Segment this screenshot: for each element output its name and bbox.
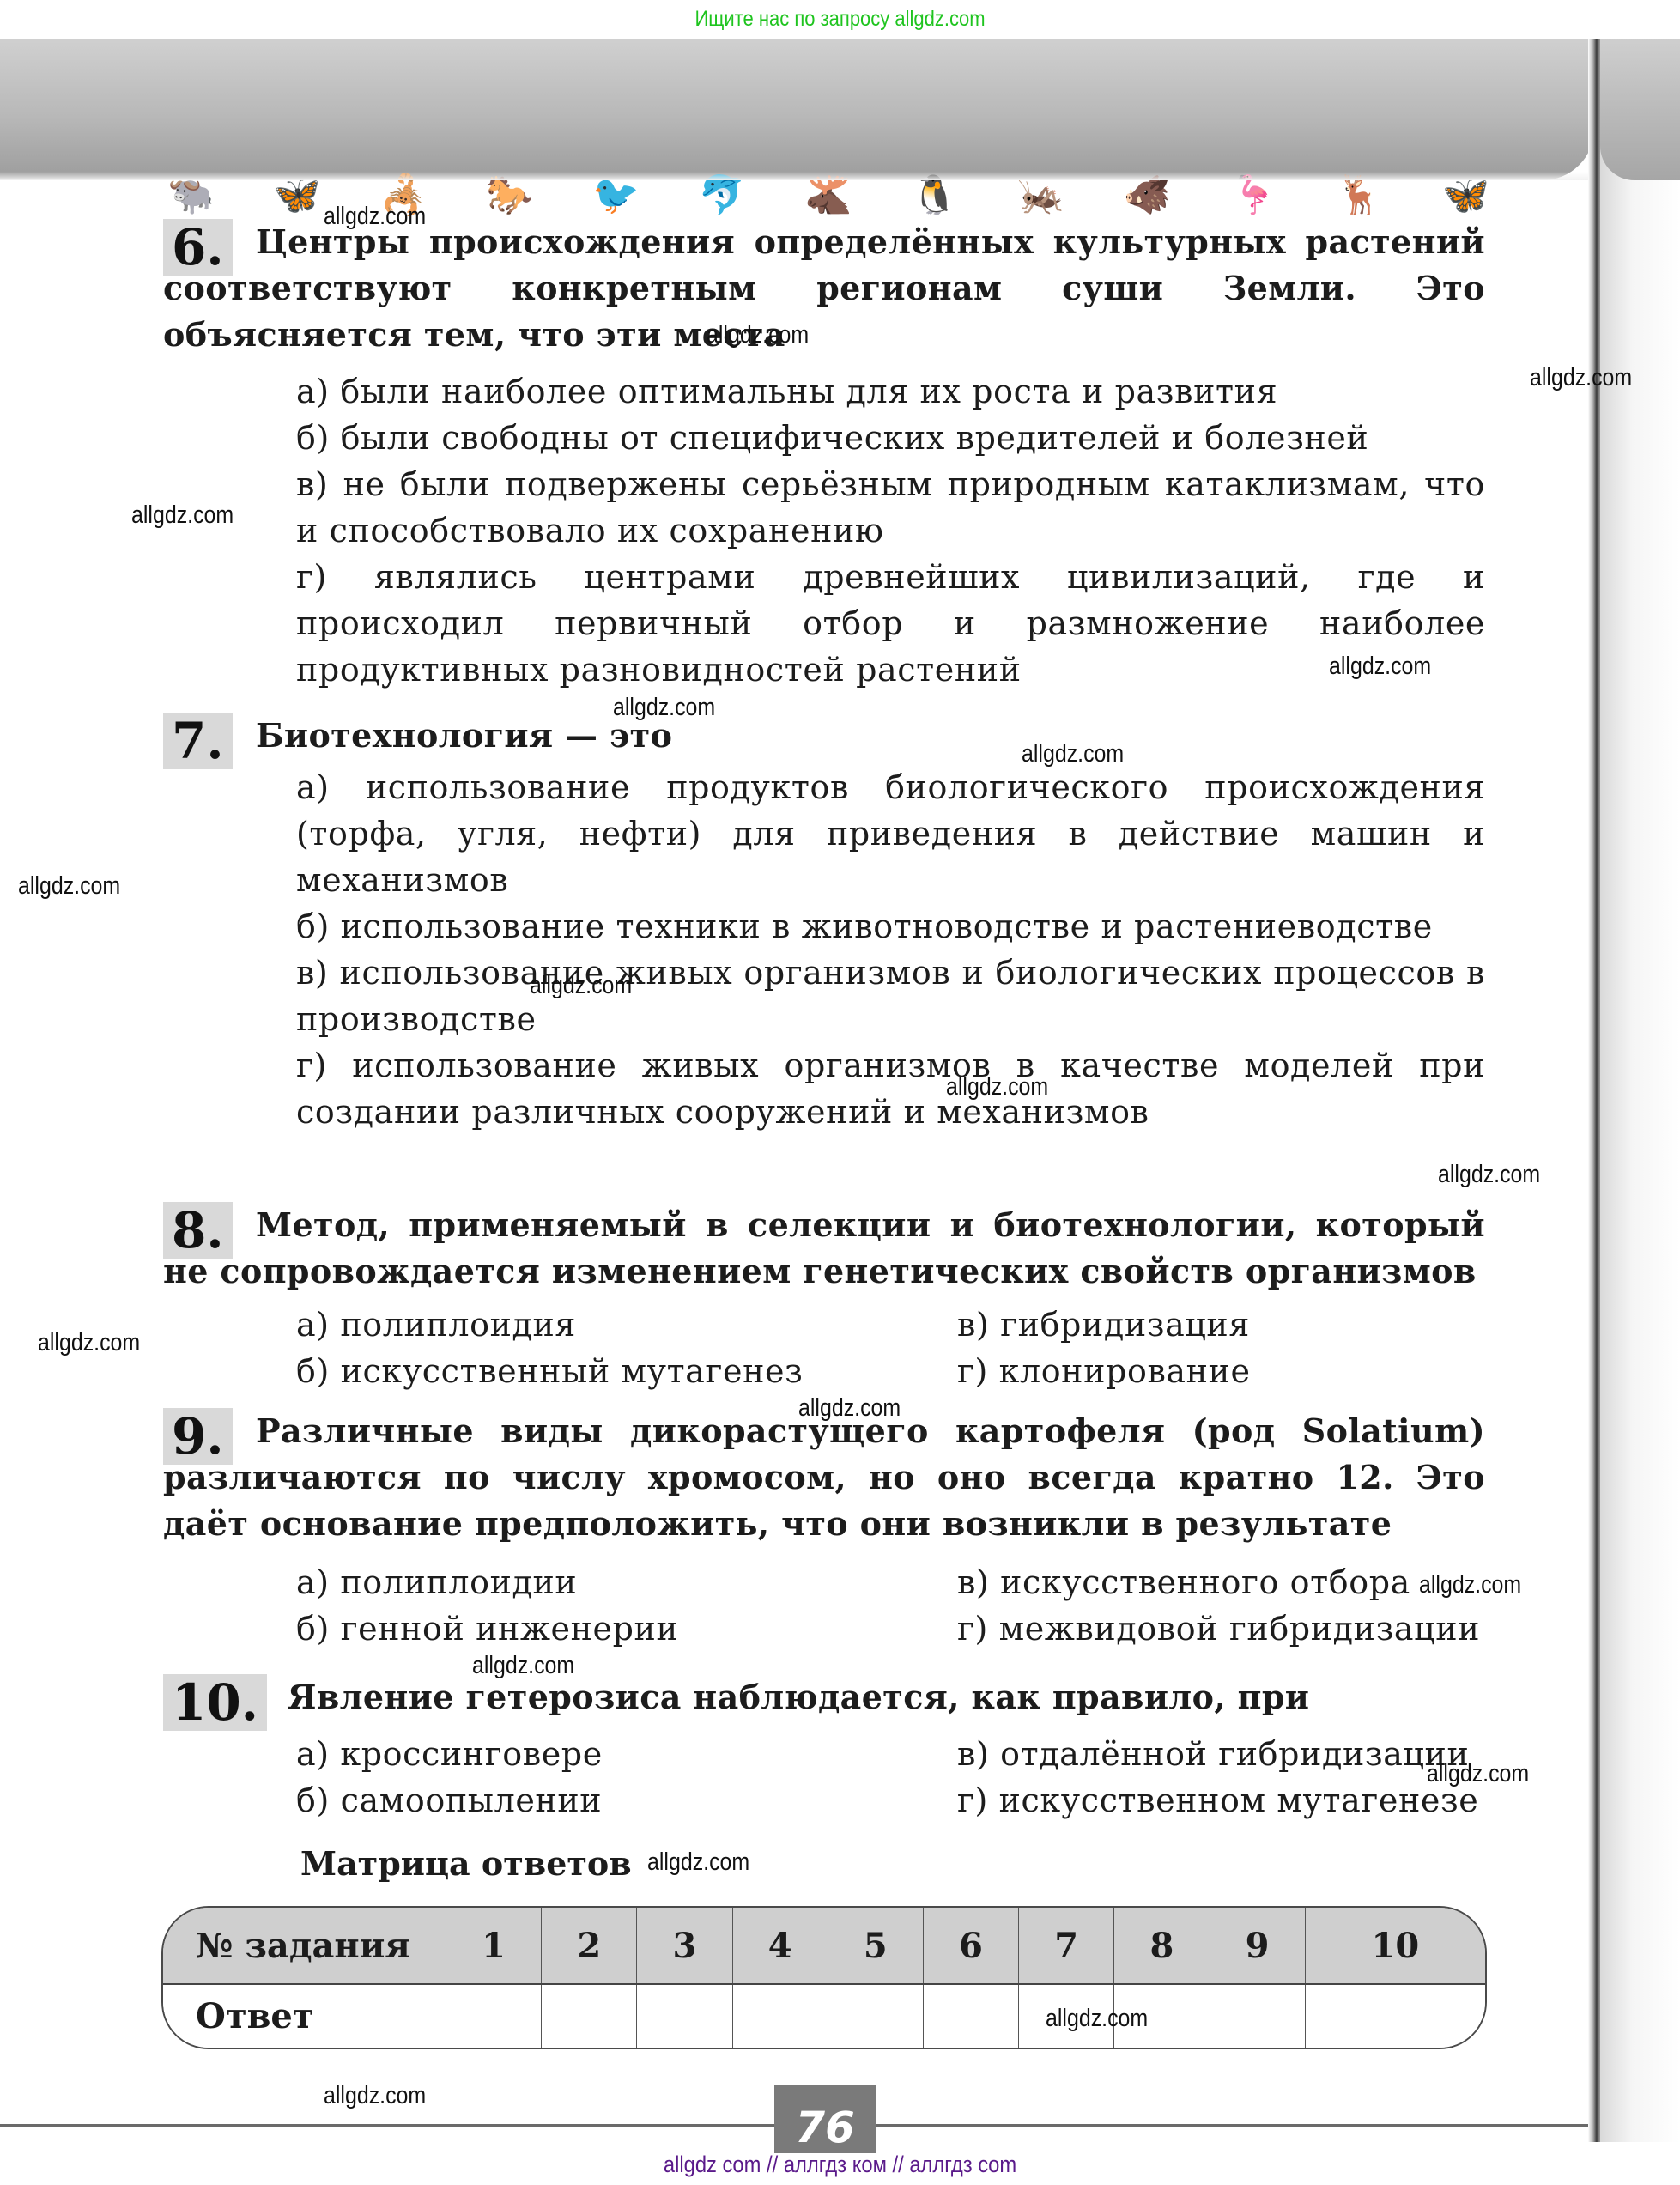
option-a[interactable]: а) использование продуктов биологическог… [296, 764, 1485, 903]
matrix-col-1: 1 [446, 1908, 542, 1984]
answer-matrix: № задания 1 2 3 4 5 6 7 8 9 10 Ответ [161, 1906, 1487, 2049]
watermark: allgdz.com [1329, 652, 1431, 681]
option-a[interactable]: а) кроссинговере [296, 1731, 957, 1777]
answer-matrix-title: Матрица ответов [300, 1844, 632, 1883]
answer-cell-5[interactable] [828, 1984, 923, 2048]
option-g[interactable]: г) являлись центрами древнейших цивилиза… [296, 554, 1485, 693]
answer-cell-3[interactable] [637, 1984, 732, 2048]
question-number: 9. [163, 1408, 233, 1465]
question-number: 6. [163, 219, 233, 276]
option-v[interactable]: в) искусственного отбора [957, 1559, 1485, 1605]
matrix-answer-row: Ответ [163, 1984, 1485, 2048]
question-number: 10. [163, 1674, 267, 1731]
next-page-edge [1600, 39, 1680, 2142]
watermark: allgdz.com [1046, 2005, 1148, 2033]
answer-cell-1[interactable] [446, 1984, 542, 2048]
option-v[interactable]: в) гибридизация [957, 1302, 1485, 1348]
option-v[interactable]: в) отдалённой гибридизации [957, 1731, 1485, 1777]
question-9: 9. Различные виды дикорастущего картофел… [163, 1408, 1485, 1652]
answer-cell-6[interactable] [923, 1984, 1018, 2048]
matrix-col-5: 5 [828, 1908, 923, 1984]
matrix-col-4: 4 [732, 1908, 828, 1984]
watermark: allgdz.com [1438, 1161, 1540, 1189]
boar-icon: 🐗 [1124, 174, 1171, 217]
watermark: allgdz.com [1427, 1760, 1529, 1788]
penguin-icon: 🐧 [911, 174, 958, 217]
deer-icon: 🦌 [1336, 174, 1383, 217]
header-band: 🐃 🦋 🦂 🐎 🐦 🐬 🫎 🐧 🦗 🐗 🦩 🦌 🦋 [0, 39, 1594, 180]
matrix-col-9: 9 [1210, 1908, 1305, 1984]
option-v[interactable]: в) не были подвержены серьёзным природны… [296, 461, 1485, 554]
watermark: allgdz.com [1419, 1571, 1521, 1599]
watermark: allgdz.com [613, 694, 715, 722]
matrix-col-8: 8 [1114, 1908, 1210, 1984]
watermark: allgdz.com [472, 1652, 574, 1680]
matrix-col-2: 2 [542, 1908, 637, 1984]
question-text: Различные виды дикорастущего картофеля (… [163, 1408, 1485, 1547]
option-g[interactable]: г) клонирование [957, 1348, 1485, 1394]
option-a[interactable]: а) полиплоидии [296, 1559, 957, 1605]
watermark: allgdz.com [1022, 740, 1124, 768]
moose-icon: 🫎 [805, 174, 852, 217]
options: а) кроссинговере в) отдалённой гибридиза… [163, 1731, 1485, 1824]
option-a[interactable]: а) полиплоидия [296, 1302, 957, 1348]
watermark: allgdz.com [530, 972, 632, 1000]
question-8: 8. Метод, применяемый в селекции и биоте… [163, 1202, 1485, 1394]
option-g[interactable]: г) использование живых организмов в каче… [296, 1042, 1485, 1135]
matrix-col-7: 7 [1019, 1908, 1114, 1984]
watermark: allgdz.com [131, 501, 234, 530]
bird-icon: 🐦 [592, 174, 640, 217]
butterfly-icon: 🦋 [274, 174, 321, 217]
matrix-answer-label: Ответ [163, 1984, 446, 2048]
options: а) полиплоидии в) искусственного отбора … [163, 1559, 1485, 1652]
ostrich-icon: 🦩 [1230, 174, 1277, 217]
page-number: 76 [774, 2085, 876, 2153]
matrix-header-label: № задания [163, 1908, 446, 1984]
option-b[interactable]: б) самоопылении [296, 1777, 957, 1824]
horse-icon: 🐎 [486, 174, 533, 217]
answer-cell-9[interactable] [1210, 1984, 1305, 2048]
question-10: 10. Явление гетерозиса наблюдается, как … [163, 1674, 1485, 1824]
watermark: allgdz.com [38, 1329, 140, 1357]
question-text: Биотехнология — это [163, 713, 1485, 759]
top-banner[interactable]: Ищите нас по запросу allgdz.com [100, 0, 1579, 39]
question-6: 6. Центры происхождения определённых кул… [163, 219, 1485, 693]
matrix-col-6: 6 [923, 1908, 1018, 1984]
question-text: Центры происхождения определённых культу… [163, 219, 1485, 358]
watermark: allgdz.com [798, 1394, 901, 1423]
watermark: allgdz.com [1530, 364, 1632, 392]
option-g[interactable]: г) искусственном мутагенезе [957, 1777, 1485, 1824]
butterfly-icon: 🦋 [1442, 174, 1489, 217]
question-text: Метод, применяемый в селекции и биотехно… [163, 1202, 1485, 1295]
question-number: 7. [163, 713, 233, 769]
option-g[interactable]: г) межвидовой гибридизации [957, 1605, 1485, 1652]
option-b[interactable]: б) были свободны от специфических вредит… [296, 415, 1485, 461]
question-7: 7. Биотехнология — это а) использование … [163, 713, 1485, 1135]
insect-icon: 🦗 [1017, 174, 1064, 217]
answer-cell-10[interactable] [1305, 1984, 1485, 2048]
options: а) были наиболее оптимальны для их роста… [163, 368, 1485, 693]
matrix-col-10: 10 [1305, 1908, 1485, 1984]
watermark: allgdz.com [647, 1848, 749, 1877]
bison-icon: 🐃 [167, 174, 215, 217]
options: а) использование продуктов биологическог… [163, 764, 1485, 1135]
options: а) полиплоидия в) гибридизация б) искусс… [163, 1302, 1485, 1394]
option-b[interactable]: б) использование техники в животноводств… [296, 903, 1485, 950]
bottom-banner[interactable]: allgdz com // аллгдз ком // аллгдз com [100, 2152, 1579, 2178]
option-b[interactable]: б) искусственный мутагенез [296, 1348, 957, 1394]
matrix-header-row: № задания 1 2 3 4 5 6 7 8 9 10 [163, 1908, 1485, 1984]
answer-cell-4[interactable] [732, 1984, 828, 2048]
answer-cell-2[interactable] [542, 1984, 637, 2048]
dolphin-icon: 🐬 [699, 174, 746, 217]
question-text: Явление гетерозиса наблюдается, как прав… [163, 1674, 1485, 1721]
book-spine [1588, 39, 1600, 2142]
watermark: allgdz.com [946, 1073, 1048, 1102]
option-a[interactable]: а) были наиболее оптимальны для их роста… [296, 368, 1485, 415]
option-b[interactable]: б) генной инженерии [296, 1605, 957, 1652]
watermark: allgdz.com [707, 321, 809, 349]
watermark: allgdz.com [18, 872, 120, 901]
question-number: 8. [163, 1202, 233, 1259]
watermark: allgdz.com [324, 203, 426, 231]
matrix-col-3: 3 [637, 1908, 732, 1984]
watermark: allgdz.com [324, 2082, 426, 2110]
option-v[interactable]: в) использование живых организмов и биол… [296, 950, 1485, 1042]
